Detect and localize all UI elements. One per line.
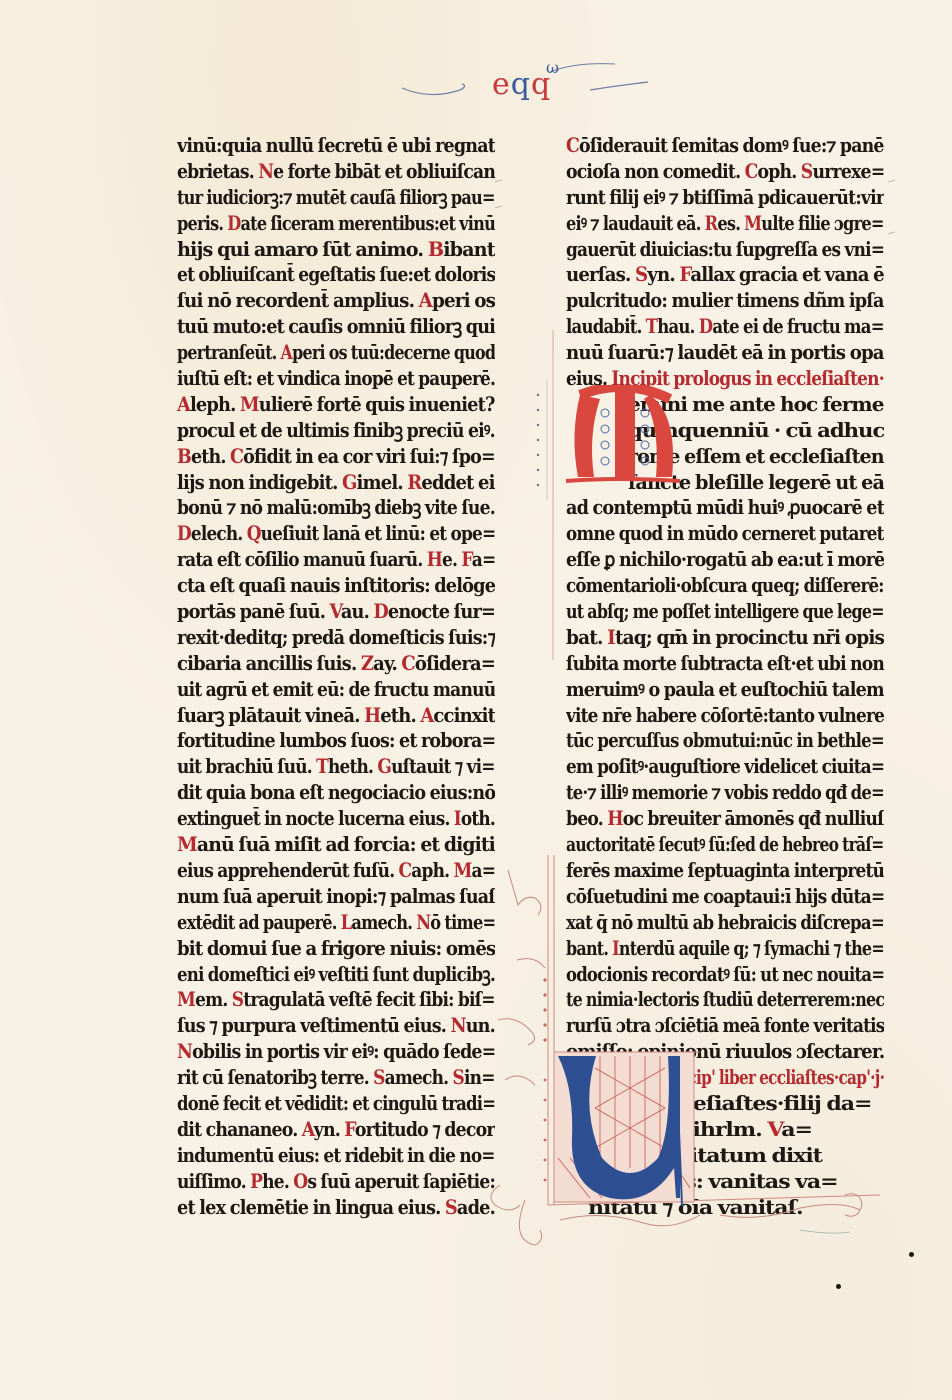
text-line: dit chananeo. Ayn. Fortitudo ⁊ decor — [177, 1117, 495, 1143]
body-text: tuū muto:et cauſis omniū filiorꝫ qui — [177, 315, 495, 338]
body-text: eius apprehenderūt fuſū. — [177, 859, 399, 882]
text-line: tūc percuſſus obmutui:nūc in bethle= — [566, 728, 884, 754]
body-text: amech. — [385, 1066, 453, 1089]
body-text: ate ſiceram merentibus:et vinū — [240, 212, 495, 235]
body-text: donē fecit et vēdidit: et cingulū tradi= — [177, 1092, 495, 1115]
text-line: bit domui ſue a frigore niuis: omēs — [177, 936, 495, 962]
body-text: eni domeſtici eiꝰ veſtiti ſunt duplicibꝫ… — [177, 963, 495, 986]
text-line: ſubita morte ſubtracta eſt·et ubi non — [566, 651, 884, 677]
body-text: ō time= — [430, 911, 495, 934]
text-line: ad contemptū mūdi huiꝰ ꝓuocarē et — [566, 495, 884, 521]
text-line: eius apprehenderūt fuſū. Caph. Ma= — [177, 858, 495, 884]
text-line: uerſas. Syn. Fallax gracia et vana ē — [566, 262, 884, 288]
text-line: uit agrū et emit eū: de fructu manuū — [177, 677, 495, 703]
body-text: uſtauit ⁊ vi= — [391, 755, 495, 778]
rubric-text: A — [419, 289, 432, 312]
body-text: eſſe ꝑ nichilo·rogatū ab ea:ut ī morē — [566, 548, 884, 571]
rubric-text: P — [250, 1170, 262, 1193]
text-line: ferēs maxime ſeptuaginta interpretū — [566, 858, 884, 884]
rubric-text: F — [344, 1118, 355, 1141]
body-text: procul et de ultimis finibꝫ preciū eiꝰ. — [177, 419, 495, 442]
rubric-text: S — [635, 263, 647, 286]
body-text: et obliuiſcant̄ egeſtatis ſue:et doloris — [177, 263, 495, 286]
left-text-column: vinū:quia nullū ſecretū ē ubi regnatebri… — [177, 133, 495, 1220]
text-line: Nobilis in portis vir eiꝰ: quādo ſede= — [177, 1039, 495, 1065]
body-text: rexit·deditq; predā domeſticis ſuis:⁊ — [177, 626, 495, 649]
text-line: iuſtū eſt: et vindica inopē et pauperē. — [177, 366, 495, 392]
rubric-text: H — [364, 704, 380, 727]
body-text: yn. — [314, 1118, 345, 1141]
body-text: portās panē ſuū. — [177, 600, 330, 623]
body-text: cōſuetudini me coaptaui:ī hijs dūta= — [566, 885, 884, 908]
body-text: e. — [442, 548, 461, 571]
text-line: ſus ⁊ purpura veſtimentū eius. Nun. — [177, 1013, 495, 1039]
body-text: bonū ⁊ nō malū:omībꝫ diebꝫ vite ſue. — [177, 496, 495, 519]
body-text: gauerūt diuicias:tu ſupgreſſa es vni= — [566, 238, 884, 261]
text-line: nuū ſuarū:⁊ laudēt eā in portis opa — [566, 340, 884, 366]
text-line: et lex clemētie in lingua eius. Sade. — [177, 1195, 495, 1221]
body-text: em. — [195, 988, 232, 1011]
text-line: cta eſt quaſi nauis inſtitoris: delōge — [177, 573, 495, 599]
body-text: nuū ſuarū:⁊ laudēt eā in portis opa — [566, 341, 884, 364]
text-line: pulcritudo: mulier timens dñm ipſa — [566, 288, 884, 314]
ink-dot — [909, 1252, 914, 1257]
body-text: iuſtū eſt: et vindica inopē et pauperē. — [177, 367, 495, 390]
body-text: cta eſt quaſi nauis inſtitoris: delōge — [177, 574, 495, 597]
rubric-text: I — [612, 937, 619, 960]
text-line: vite nr̄e habere cōſortē:tanto vulnere — [566, 703, 884, 729]
running-headline: eqq ω — [400, 60, 650, 120]
text-line: ſui nō recordent̄ amplius. Aperi os — [177, 288, 495, 314]
rubric-text: R — [705, 212, 718, 235]
text-line: Cōſiderauit ſemitas domꝰ ſue:⁊ panē — [566, 133, 884, 159]
rubric-text: V — [330, 600, 341, 623]
rubric-text: M — [177, 833, 197, 856]
body-text: ōſidera= — [415, 652, 495, 675]
text-line: dit quia bona eſt negociacio eius:nō — [177, 780, 495, 806]
body-text: eiꝰ ⁊ laudauit eā. — [566, 212, 705, 235]
body-text: ſuarꝫ plātauit vineā. — [177, 704, 364, 727]
text-line: Delech. Queſiuit lanā et linū: et ope= — [177, 521, 495, 547]
rubric-text: D — [699, 315, 713, 338]
initial-v-icon — [550, 1048, 698, 1208]
text-line: runt filij eiꝰ ⁊ btiſſimā pdicauerūt:vir — [566, 185, 884, 211]
body-text: hijs qui amaro ſūt animo. — [177, 238, 428, 261]
text-line: pertranſeūt. Aperi os tuū:decerne quod — [177, 340, 495, 366]
text-line: lijs non indigebit. Gimel. Reddet ei — [177, 470, 495, 496]
body-text: cōmentarioli·obſcura queq; diſſererē: — [566, 574, 884, 597]
body-text: elech. — [191, 522, 247, 545]
body-text: peri os tuū:decerne quod — [292, 341, 495, 364]
body-text: heth. — [328, 755, 377, 778]
body-text: ad contemptū mūdi huiꝰ ꝓuocarē et — [566, 496, 884, 519]
rubric-text: R — [407, 471, 421, 494]
rubric-text: S — [453, 1066, 464, 1089]
headline-superscript: ω — [546, 58, 559, 77]
body-text: ōfidit in ea cor viri ſui:⁊ ſpo= — [243, 445, 495, 468]
body-text: e forte bibāt et obliuiſcan — [273, 160, 495, 183]
rubric-text: A — [177, 393, 190, 416]
text-line: beo. Hoc breuiter āmonēs qđ nulliuſ — [566, 806, 884, 832]
text-line: hijs qui amaro ſūt animo. Bibant — [177, 237, 495, 263]
rubric-text: B — [428, 238, 443, 261]
text-line: te nimia·lectoris ſtudiū deterrerem:nec — [566, 987, 884, 1013]
rubric-text: T — [316, 755, 328, 778]
body-text: vinū:quia nullū ſecretū ē ubi regnat — [177, 134, 495, 157]
body-text: oth. — [461, 807, 495, 830]
text-line: donē fecit et vēdidit: et cingulū tradi= — [177, 1091, 495, 1117]
body-text: omne quod in mūdo cerneret putaret — [566, 522, 884, 545]
rubric-text: G — [377, 755, 391, 778]
body-text: odocionis recordatꝰ ſū: ut nec nouita= — [566, 963, 884, 986]
body-text: dit chananeo. — [177, 1118, 302, 1141]
text-line: et obliuiſcant̄ egeſtatis ſue:et doloris — [177, 262, 495, 288]
body-text: ebrietas. — [177, 160, 258, 183]
text-line: cōſuetudini me coaptaui:ī hijs dūta= — [566, 884, 884, 910]
body-text: eth. — [380, 704, 420, 727]
rubric-text: S — [801, 160, 813, 183]
rubric-text: F — [461, 548, 471, 571]
headline-letter: q — [511, 67, 531, 102]
text-line: extēdit ad pauperē. Lamech. Nō time= — [177, 910, 495, 936]
text-line: peris. Date ſiceram merentibus:et vinū — [177, 211, 495, 237]
text-line: tur iudiciorꝫ:⁊ mutēt cauſā filiorꝫ pau= — [177, 185, 495, 211]
rubric-text: D — [177, 522, 191, 545]
body-text: ueſiuit lanā et linū: et ope= — [261, 522, 495, 545]
rubric-text: B — [177, 445, 191, 468]
body-text: ccinxit — [433, 704, 495, 727]
body-text: ſubita morte ſubtracta eſt·et ubi non — [566, 652, 884, 675]
body-text: bit domui ſue a frigore niuis: omēs — [177, 937, 495, 960]
body-text: oc breuiter āmonēs qđ nulliuſ — [623, 807, 884, 830]
body-text: uerſas. — [566, 263, 635, 286]
initial-m-icon — [560, 385, 686, 487]
body-text: runt filij eiꝰ ⁊ btiſſimā pdicauerūt:vir — [566, 186, 884, 209]
rubric-text: N — [258, 160, 273, 183]
body-text: ay. — [373, 652, 401, 675]
body-text: em poſitꝰ·auguſtiore videlicet ciuita= — [566, 755, 884, 778]
text-line: cibaria ancillis ſuis. Zay. Cōſidera= — [177, 651, 495, 677]
rubric-text: A — [281, 341, 293, 364]
body-text: un. — [466, 1014, 495, 1037]
text-line: uiſſimo. Phe. Os ſuū aperuit ſapiētie: — [177, 1169, 495, 1195]
body-text: cibaria ancillis ſuis. — [177, 652, 361, 675]
rubric-text: Z — [361, 652, 373, 675]
body-text: yn. — [647, 263, 679, 286]
rubric-text: F — [679, 263, 690, 286]
text-line: ebrietas. Ne forte bibāt et obliuiſcan — [177, 159, 495, 185]
rubric-text: N — [177, 1040, 192, 1063]
body-text: beo. — [566, 807, 607, 830]
rubric-text: S — [445, 1196, 457, 1219]
body-text: rit cū ſenatoribꝫ terre. — [177, 1066, 373, 1089]
text-line: bonū ⁊ nō malū:omībꝫ diebꝫ vite ſue. — [177, 495, 495, 521]
text-line: Beth. Cōfidit in ea cor viri ſui:⁊ ſpo= — [177, 444, 495, 470]
body-text: indumentū eius: et ridebit in die no= — [177, 1144, 495, 1167]
text-line: rata eſt cōſilio manuū ſuarū. He. Fa= — [177, 547, 495, 573]
body-text: ſui nō recordent̄ amplius. — [177, 289, 419, 312]
text-line: bant. Interdū aquile q; ⁊ ſymachi ⁊ the= — [566, 936, 884, 962]
rubric-text: A — [302, 1118, 314, 1141]
body-text: anū ſuā miſit ad forcia: et digiti — [197, 833, 495, 856]
rubric-text: S — [373, 1066, 384, 1089]
body-text: ulierē fortē quis inueniet? — [259, 393, 495, 416]
body-text: a= — [781, 1118, 812, 1141]
body-text: ate ei de fructu ma= — [712, 315, 883, 338]
body-text: num ſuā aperuit inopi:⁊ palmas ſuaſ — [177, 885, 495, 908]
rubric-text: N — [416, 911, 430, 934]
body-text: auctoritatē ſecutꝰ ſū:ſed de hebreo trāſ… — [566, 833, 884, 856]
text-line: ut abſq; me poſſet intelligere que lege= — [566, 599, 884, 625]
body-text: he. — [262, 1170, 293, 1193]
text-line: tuū muto:et cauſis omniū filiorꝫ qui — [177, 314, 495, 340]
body-text: ortitudo ⁊ decor — [355, 1118, 495, 1141]
rubric-text: C — [745, 160, 758, 183]
rubric-text: M — [240, 393, 259, 416]
text-line: meruimꝰ o paula et euſtochiū talem — [566, 677, 884, 703]
text-line: uit brachiū ſuū. Theth. Guſtauit ⁊ vi= — [177, 754, 495, 780]
body-text: tūc percuſſus obmutui:nūc in bethle= — [566, 729, 884, 752]
rubric-text: H — [607, 807, 622, 830]
rubric-text: T — [646, 315, 658, 338]
body-text: dit quia bona eſt negociacio eius:nō — [177, 781, 495, 804]
body-text: uit brachiū ſuū. — [177, 755, 316, 778]
body-text: peri os — [432, 289, 495, 312]
rubric-text: I — [607, 626, 615, 649]
body-text: xat q̄ nō multū ab hebraicis diſcrepa= — [566, 911, 884, 934]
text-line: indumentū eius: et ridebit in die no= — [177, 1143, 495, 1169]
body-text: eth. — [191, 445, 230, 468]
text-line: odocionis recordatꝰ ſū: ut nec nouita= — [566, 962, 884, 988]
body-text: obilis in portis vir eiꝰ: quādo ſede= — [192, 1040, 495, 1063]
body-text: a= — [472, 859, 495, 882]
body-text: allax gracia et vana ē — [690, 263, 883, 286]
text-line: omne quod in mūdo cerneret putaret — [566, 521, 884, 547]
body-text: peris. — [177, 212, 227, 235]
text-line: portās panē ſuū. Vau. Denocte ſur= — [177, 599, 495, 625]
text-line: rurſū ɔtra ɔſciētiā meā fonte veritatis — [566, 1013, 884, 1039]
body-text: ferēs maxime ſeptuaginta interpretū — [566, 859, 884, 882]
body-text: taq; qm̄ in procinctu nr̄i opis — [615, 626, 884, 649]
rubric-text: S — [232, 988, 244, 1011]
body-text: lijs non indigebit. — [177, 471, 342, 494]
body-text: a= — [472, 548, 495, 571]
rubric-text: V — [767, 1118, 781, 1141]
text-line: eiꝰ ⁊ laudauit eā. Res. Multe filie ɔgre… — [566, 211, 884, 237]
body-text: rurſū ɔtra ɔſciētiā meā fonte veritatis — [566, 1014, 884, 1037]
text-line: cōmentarioli·obſcura queq; diſſererē: — [566, 573, 884, 599]
text-line: fortitudine lumbos ſuos: et robora= — [177, 728, 495, 754]
body-text: hau. — [657, 315, 699, 338]
body-text: bant. — [566, 937, 612, 960]
rubric-text: M — [177, 988, 195, 1011]
body-text: ade. — [457, 1196, 495, 1219]
body-text: eddet ei — [421, 471, 494, 494]
rubric-text: C — [230, 445, 243, 468]
body-text: ibant — [443, 238, 494, 261]
body-text: extinguet̄ in nocte lucerna eius. — [177, 807, 454, 830]
body-text: te nimia·lectoris ſtudiū deterrerem:nec — [566, 988, 884, 1011]
body-text: pulcritudo: mulier timens dñm ipſa — [566, 289, 884, 312]
body-text: laudabit̄. — [566, 315, 646, 338]
illuminated-initial-v — [550, 1048, 698, 1208]
rubric-text: O — [293, 1170, 307, 1193]
body-text: nterdū aquile q; ⁊ ſymachi ⁊ the= — [619, 937, 884, 960]
ink-dot — [836, 1284, 841, 1289]
text-line: xat q̄ nō multū ab hebraicis diſcrepa= — [566, 910, 884, 936]
text-line: gauerūt diuicias:tu ſupgreſſa es vni= — [566, 237, 884, 263]
body-text: tur iudiciorꝫ:⁊ mutēt cauſā filiorꝫ pau= — [177, 186, 495, 209]
text-line: vinū:quia nullū ſecretū ē ubi regnat — [177, 133, 495, 159]
rubric-text: C — [566, 134, 579, 157]
text-line: num ſuā aperuit inopi:⁊ palmas ſuaſ — [177, 884, 495, 910]
body-text: fortitudine lumbos ſuos: et robora= — [177, 729, 495, 752]
body-text: extēdit ad pauperē. — [177, 911, 341, 934]
text-line: procul et de ultimis finibꝫ preciū eiꝰ. — [177, 418, 495, 444]
rubric-text: H — [427, 548, 442, 571]
body-text: rata eſt cōſilio manuū ſuarū. — [177, 548, 427, 571]
rubric-text: Q — [247, 522, 261, 545]
body-text: amech. — [351, 911, 416, 934]
text-line: Manū ſuā miſit ad forcia: et digiti — [177, 832, 495, 858]
text-line: Aleph. Mulierē fortē quis inueniet? — [177, 392, 495, 418]
rubric-text: D — [227, 212, 240, 235]
body-text: uiſſimo. — [177, 1170, 250, 1193]
text-line: auctoritatē ſecutꝰ ſū:ſed de hebreo trāſ… — [566, 832, 884, 858]
body-text: uit agrū et emit eū: de fructu manuū — [177, 678, 495, 701]
rubric-text: G — [342, 471, 357, 494]
rubric-text: L — [341, 911, 352, 934]
body-text: urrexe= — [812, 160, 884, 183]
body-text: enocte ſur= — [388, 600, 495, 623]
headline-letter: e — [492, 67, 511, 102]
body-text: imel. — [357, 471, 408, 494]
rubric-text: M — [454, 859, 472, 882]
text-line: ſuarꝫ plātauit vineā. Heth. Accinxit — [177, 703, 495, 729]
body-text: ut abſq; me poſſet intelligere que lege= — [566, 600, 884, 623]
body-text: et lex clemētie in lingua eius. — [177, 1196, 445, 1219]
body-text: s ſuū aperuit ſapiētie: — [307, 1170, 495, 1193]
rubric-text: N — [450, 1014, 465, 1037]
rubric-text: A — [420, 704, 433, 727]
headline-letters: eqq — [492, 70, 551, 100]
text-line: te·⁊ illiꝰ memorie ⁊ vobis reddo qđ de= — [566, 780, 884, 806]
body-text: ōſiderauit ſemitas domꝰ ſue:⁊ panē — [579, 134, 884, 157]
body-text: meruimꝰ o paula et euſtochiū talem — [566, 678, 884, 701]
body-text: au. — [341, 600, 373, 623]
body-text: pertranſeūt. — [177, 341, 281, 364]
body-text: in= — [464, 1066, 495, 1089]
text-line: extinguet̄ in nocte lucerna eius. Ioth. — [177, 806, 495, 832]
rubric-text: M — [744, 212, 761, 235]
body-text: ſus ⁊ purpura veſtimentū eius. — [177, 1014, 450, 1037]
body-text: ocioſa non comedit. — [566, 160, 745, 183]
text-line: rexit·deditq; predā domeſticis ſuis:⁊ — [177, 625, 495, 651]
text-line: Mem. Stragulatā veſtē fecit ſibi: biſ= — [177, 987, 495, 1013]
text-line: eni domeſtici eiꝰ veſtiti ſunt duplicibꝫ… — [177, 962, 495, 988]
text-line: laudabit̄. Thau. Date ei de fructu ma= — [566, 314, 884, 340]
illuminated-initial-m — [560, 385, 686, 487]
body-text: te·⁊ illiꝰ memorie ⁊ vobis reddo qđ de= — [566, 781, 884, 804]
text-line: bat. Itaq; qm̄ in procinctu nr̄i opis — [566, 625, 884, 651]
body-text: bat. — [566, 626, 607, 649]
rubric-text: C — [401, 652, 414, 675]
body-text: leph. — [190, 393, 240, 416]
body-text: es. — [717, 212, 744, 235]
text-line: em poſitꝰ·auguſtiore videlicet ciuita= — [566, 754, 884, 780]
body-text: ulte filie ɔgre= — [761, 212, 883, 235]
rubric-text: C — [399, 859, 412, 882]
text-line: eſſe ꝑ nichilo·rogatū ab ea:ut ī morē — [566, 547, 884, 573]
rubric-text: D — [373, 600, 388, 623]
body-text: tragulatā veſtē fecit ſibi: biſ= — [243, 988, 494, 1011]
body-text: aph. — [411, 859, 453, 882]
body-text: oph. — [758, 160, 801, 183]
text-line: rit cū ſenatoribꝫ terre. Samech. Sin= — [177, 1065, 495, 1091]
body-text: vite nr̄e habere cōſortē:tanto vulnere — [566, 704, 884, 727]
text-line: ocioſa non comedit. Coph. Surrexe= — [566, 159, 884, 185]
